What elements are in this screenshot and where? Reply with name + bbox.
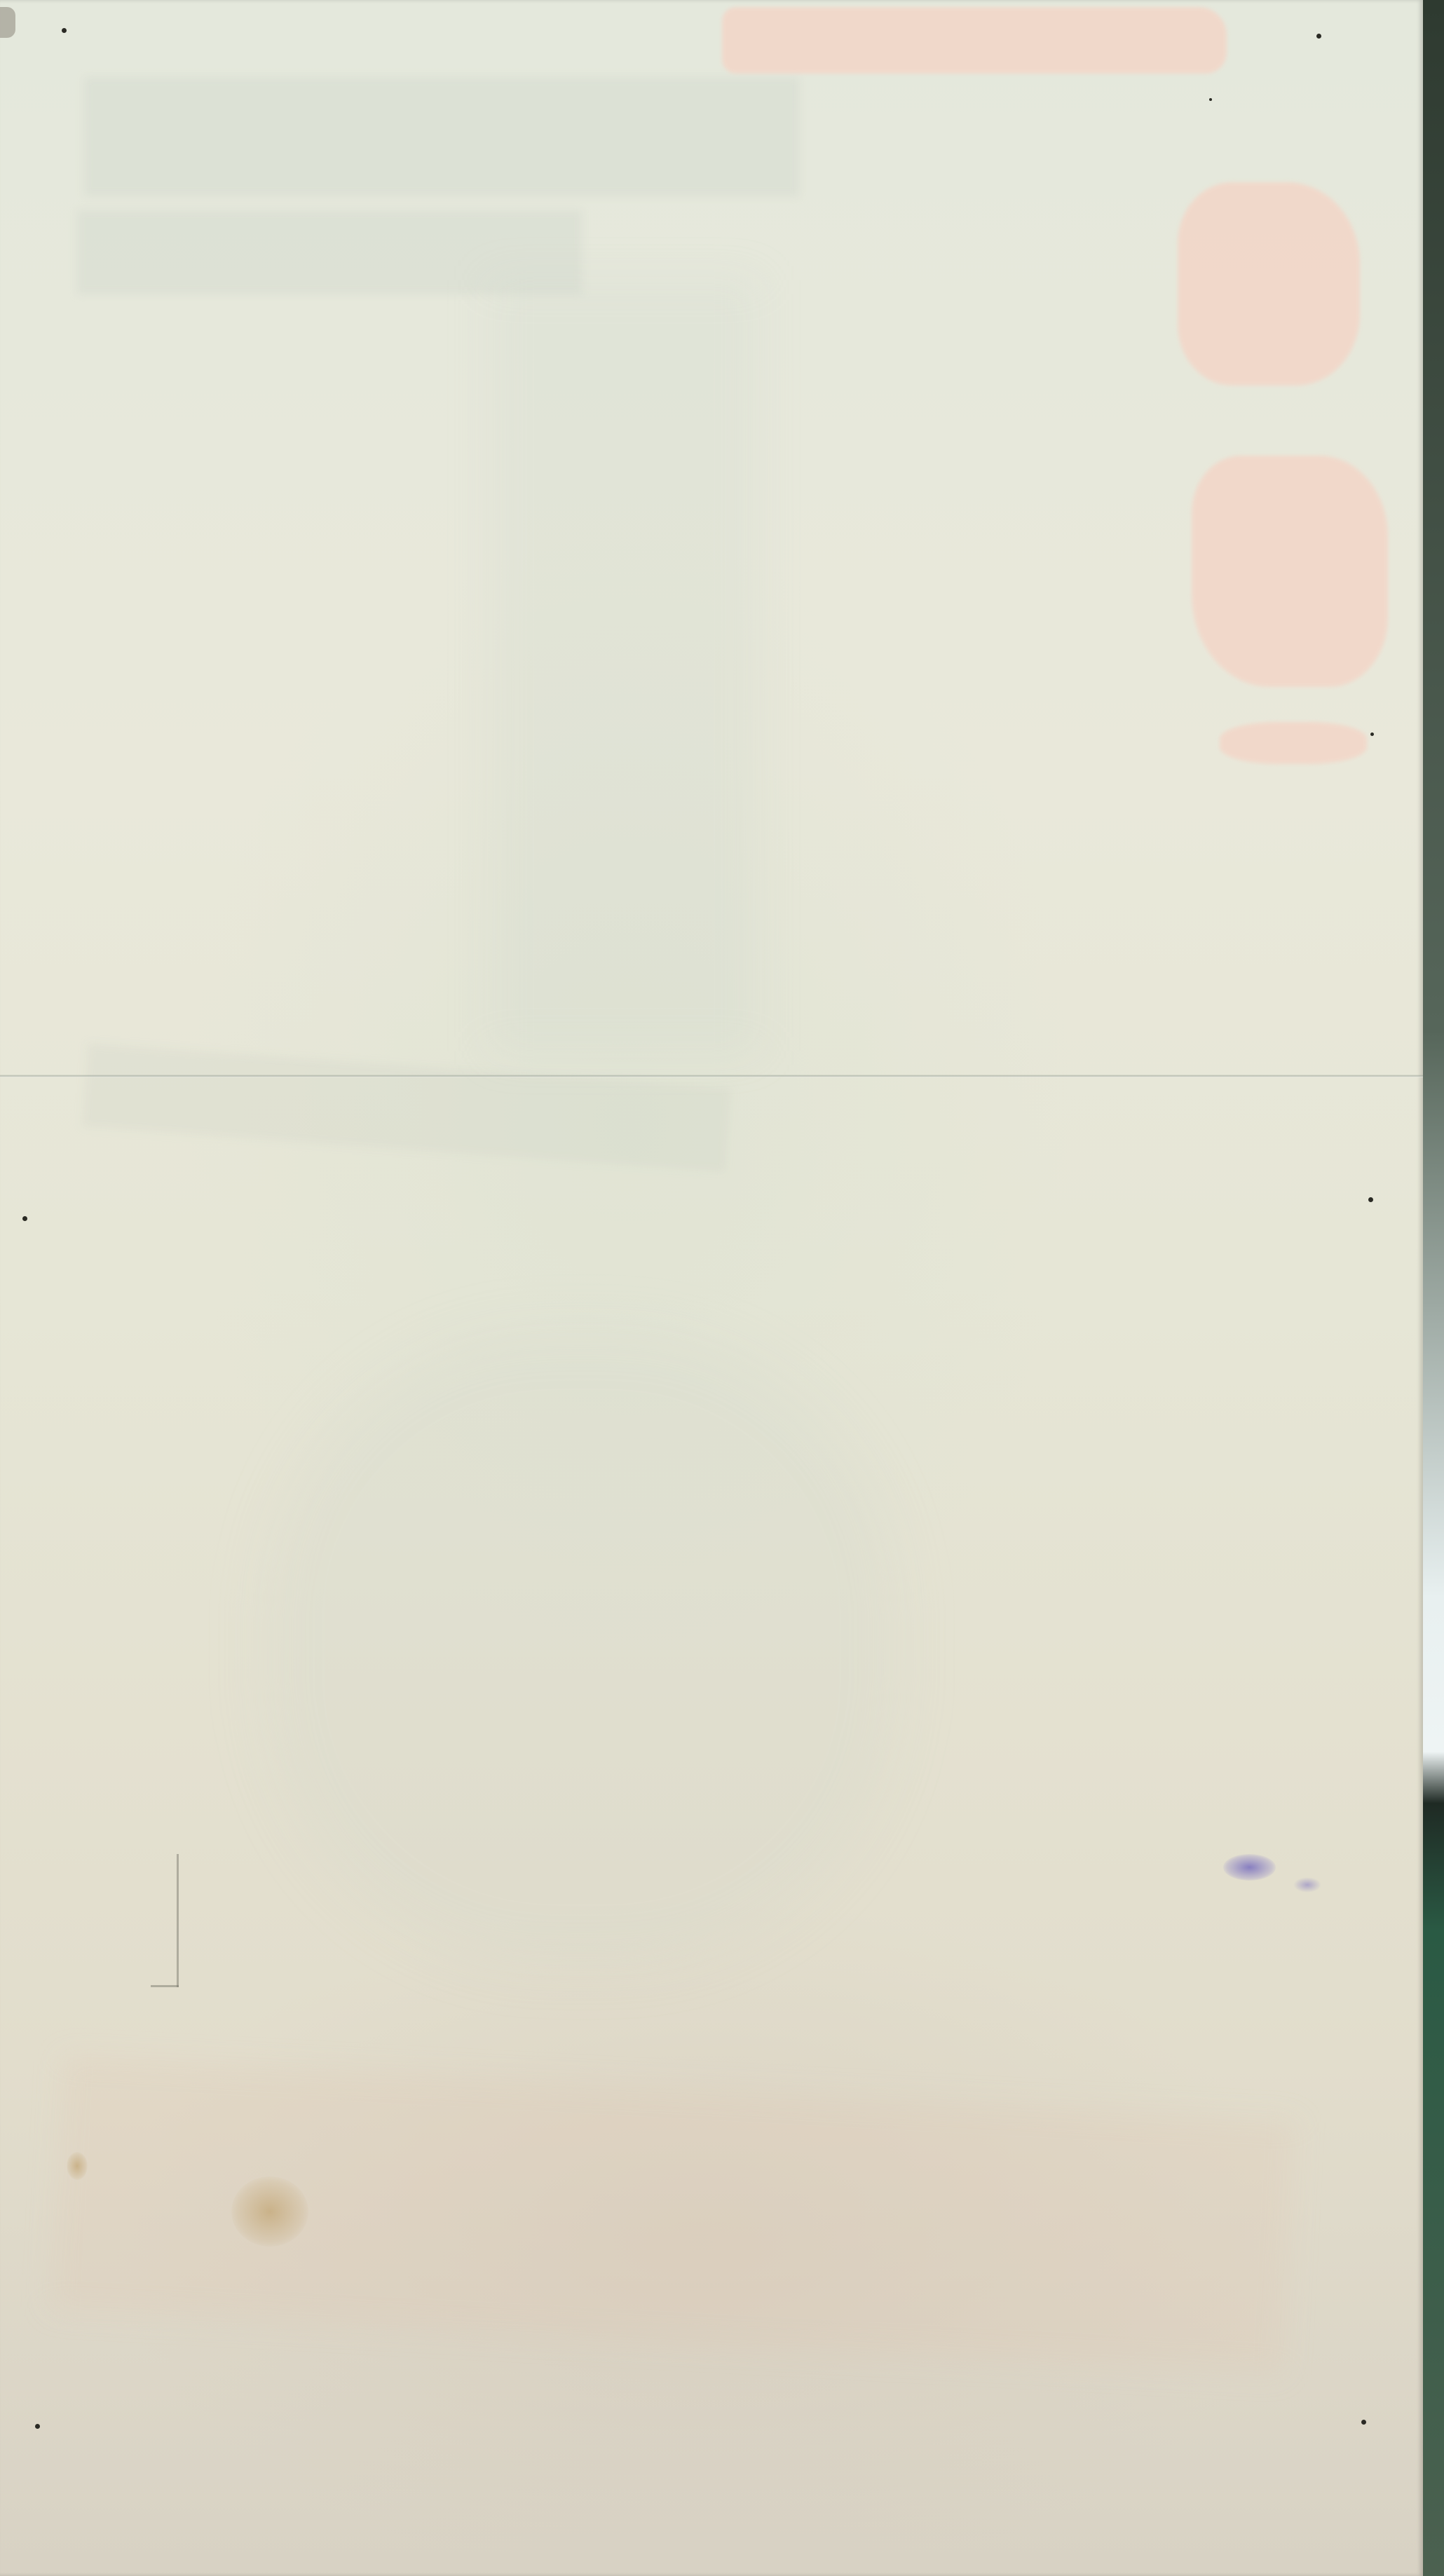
ink-blotch-right-3 [1220,722,1367,764]
pencil-mark-vertical [177,1854,179,1987]
purple-stamp-smudge [1223,1854,1276,1881]
tack-hole [1368,1197,1373,1202]
tack-hole [22,1216,27,1221]
tack-hole [35,2424,40,2429]
tack-hole [1316,34,1321,39]
poster-back-paper [0,0,1423,2576]
tack-hole [1361,2420,1366,2425]
ink-blotch-right-1 [1178,182,1360,386]
foxing-stain-2 [231,2176,308,2247]
tack-hole [62,28,67,33]
show-through-figure [491,280,757,1051]
fold-crease [0,1075,1423,1077]
speck [1209,98,1212,101]
show-through-figure-lower [266,1332,897,1963]
ink-blotch-top [722,7,1227,74]
foxing-stain-1 [67,2152,88,2180]
show-through-title [84,77,799,196]
show-through-banner-text [82,1043,731,1172]
purple-stamp-smudge-small [1293,1877,1321,1893]
speck [1370,732,1374,736]
corner-mark [0,7,15,38]
pencil-mark-horizontal [151,1985,179,1987]
ink-blotch-right-2 [1192,456,1388,687]
